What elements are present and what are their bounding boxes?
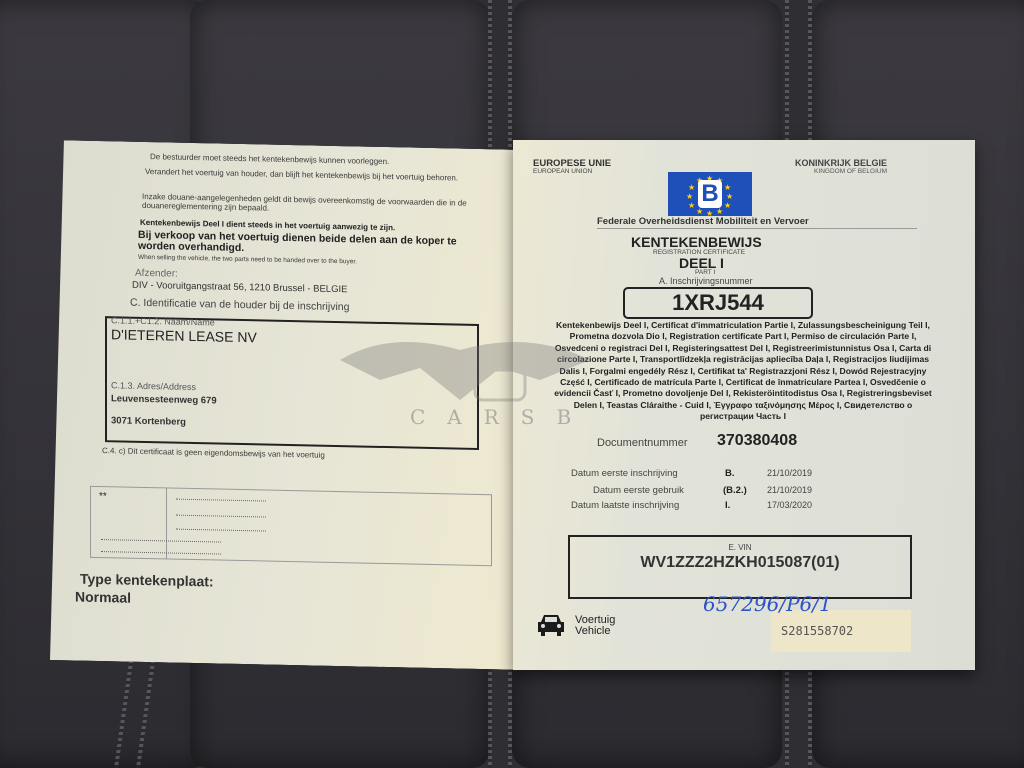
- misc-line: [101, 539, 221, 543]
- stamp-area: S281558702: [771, 610, 911, 652]
- misc-marker: **: [99, 491, 107, 502]
- address-label: C.1.3. Adres/Address: [111, 380, 196, 392]
- misc-line: [101, 551, 221, 555]
- misc-line: [176, 499, 266, 502]
- car-icon: [535, 612, 567, 638]
- eu-label-en: EUROPEAN UNION: [533, 168, 592, 175]
- authority-divider: [597, 228, 917, 229]
- misc-entries-box: **: [90, 486, 492, 566]
- kingdom-label-nl: KONINKRIJK BELGIE: [795, 158, 887, 168]
- notice-3: Inzake douane-aangelegenheden geldt dit …: [142, 192, 502, 218]
- document-number-label: Documentnummer: [597, 437, 687, 449]
- vin: WV1ZZZ2HZKH015087(01): [570, 554, 910, 572]
- misc-line: [176, 515, 266, 518]
- eu-flag-icon: ★ ★ ★ ★ ★ ★ ★ ★ ★ ★ ★ ★ B: [668, 172, 752, 216]
- date-value: 21/10/2019: [767, 485, 812, 495]
- document-number: 370380408: [717, 432, 797, 450]
- ownership-note: C.4. c) Dit certificaat is geen eigendom…: [102, 446, 325, 460]
- multilingual-titles: Kentekenbewijs Deel I, Certificat d'imma…: [553, 320, 933, 423]
- address-line-1: Leuvensesteenweg 679: [111, 393, 217, 406]
- date-label: Datum laatste inschrijving: [571, 500, 679, 511]
- misc-line: [176, 529, 266, 532]
- handwritten-note: 657296/P6/1: [703, 592, 832, 616]
- registration-label: A. Inschrijvingsnummer: [659, 276, 753, 286]
- holder-name: D'IETEREN LEASE NV: [111, 326, 257, 345]
- plate-type-value: Normaal: [75, 589, 131, 606]
- date-code: I.: [725, 500, 730, 511]
- plate-type-label: Type kentekenplaat:: [80, 571, 214, 590]
- part-en: PART I: [695, 269, 715, 276]
- date-value: 17/03/2020: [767, 500, 812, 510]
- misc-divider: [166, 488, 167, 558]
- date-label: Datum eerste gebruik: [593, 485, 684, 496]
- title: KENTEKENBEWIJS: [631, 234, 762, 250]
- vin-label: E. VIN: [570, 543, 910, 552]
- vehicle-label-en: Vehicle: [575, 626, 610, 636]
- vehicle-label-nl: Voertuig: [575, 615, 615, 625]
- address-line-2: 3071 Kortenberg: [111, 415, 186, 428]
- notice-2: Verandert het voertuig van houder, dan b…: [145, 167, 485, 183]
- kingdom-label-en: KINGDOM OF BELGIUM: [814, 168, 887, 175]
- stamp-number: S281558702: [781, 624, 853, 638]
- country-code: B: [698, 180, 722, 208]
- vin-box: E. VIN WV1ZZZ2HZKH015087(01): [568, 535, 912, 599]
- registration-number: 1XRJ544: [623, 287, 813, 319]
- holder-box: C.1.1.+C1.2. Naam/Name D'IETEREN LEASE N…: [105, 316, 479, 450]
- date-value: 21/10/2019: [767, 468, 812, 478]
- authority: Federale Overheidsdienst Mobiliteit en V…: [597, 216, 809, 227]
- holder-heading: C. Identificatie van de houder bij de in…: [130, 297, 349, 314]
- sender-label: Afzender:: [135, 268, 178, 280]
- sender-address: DIV - Vooruitgangstraat 56, 1210 Brussel…: [132, 280, 347, 296]
- date-code: (B.2.): [723, 485, 747, 496]
- watermark-text: CARSB: [410, 405, 593, 429]
- date-code: B.: [725, 468, 735, 479]
- date-label: Datum eerste inschrijving: [571, 468, 678, 479]
- notice-1: De bestuurder moet steeds het kentekenbe…: [150, 152, 389, 166]
